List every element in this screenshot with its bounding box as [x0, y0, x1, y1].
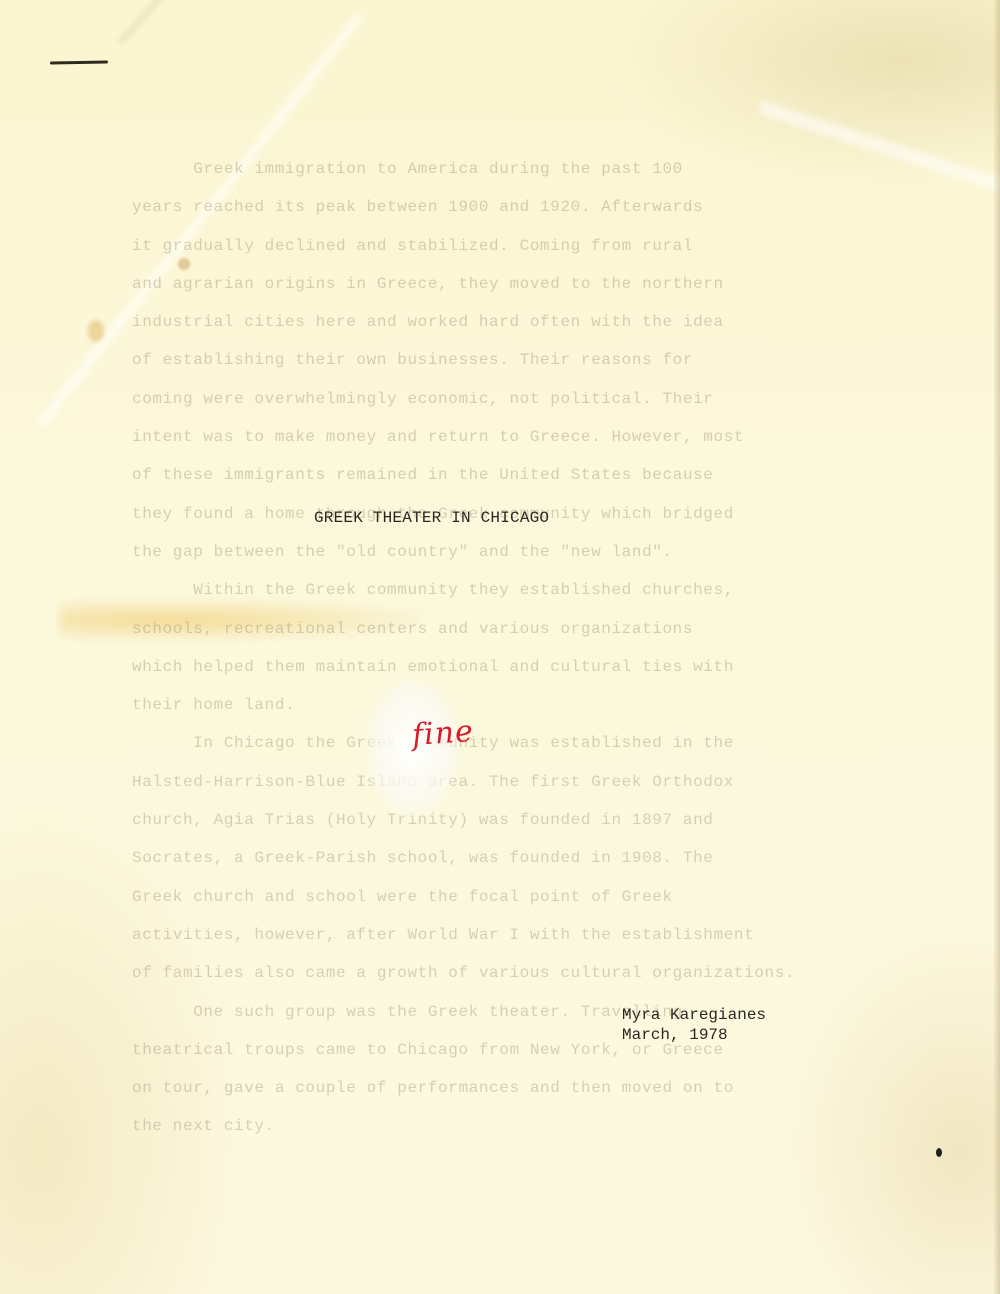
- paper-page: Greek immigration to America during the …: [0, 0, 1000, 1294]
- author-name: Myra Karegianes: [622, 1005, 766, 1025]
- bleed-through-line: Within the Greek community they establis…: [132, 571, 892, 609]
- author-block: Myra Karegianes March, 1978: [622, 1005, 766, 1045]
- document-title: GREEK THEATER IN CHICAGO: [314, 509, 549, 527]
- bleed-through-line: Socrates, a Greek-Parish school, was fou…: [132, 839, 892, 877]
- bleed-through-line: of these immigrants remained in the Unit…: [132, 456, 892, 494]
- bleed-through-text: Greek immigration to America during the …: [132, 150, 892, 1146]
- bleed-through-line: intent was to make money and return to G…: [132, 418, 892, 456]
- bleed-through-line: Greek immigration to America during the …: [132, 150, 892, 188]
- bleed-through-line: of families also came a growth of variou…: [132, 954, 892, 992]
- bleed-through-line: coming were overwhelmingly economic, not…: [132, 380, 892, 418]
- bleed-through-line: of establishing their own businesses. Th…: [132, 341, 892, 379]
- handwritten-annotation: fine: [411, 714, 475, 753]
- bleed-through-line: which helped them maintain emotional and…: [132, 648, 892, 686]
- bleed-through-line: it gradually declined and stabilized. Co…: [132, 227, 892, 265]
- ink-dot-icon: [936, 1148, 942, 1157]
- paper-edge: [994, 0, 1000, 1294]
- bleed-through-line: church, Agia Trias (Holy Trinity) was fo…: [132, 801, 892, 839]
- bleed-through-line: on tour, gave a couple of performances a…: [132, 1069, 892, 1107]
- pin-mark-icon: [50, 60, 108, 64]
- document-date: March, 1978: [622, 1025, 766, 1045]
- stain-spot: [88, 320, 104, 342]
- bleed-through-line: One such group was the Greek theater. Tr…: [132, 993, 892, 1031]
- bleed-through-line: the gap between the "old country" and th…: [132, 533, 892, 571]
- bleed-through-line: In Chicago the Greek community was estab…: [132, 724, 892, 762]
- bleed-through-line: theatrical troups came to Chicago from N…: [132, 1031, 892, 1069]
- bleed-through-line: Greek church and school were the focal p…: [132, 878, 892, 916]
- bleed-through-line: Halsted-Harrison-Blue Island area. The f…: [132, 763, 892, 801]
- bleed-through-line: and agrarian origins in Greece, they mov…: [132, 265, 892, 303]
- bleed-through-line: their home land.: [132, 686, 892, 724]
- paper-crease: [118, 0, 229, 44]
- bleed-through-line: the next city.: [132, 1107, 892, 1145]
- bleed-through-line: schools, recreational centers and variou…: [132, 610, 892, 648]
- bleed-through-line: industrial cities here and worked hard o…: [132, 303, 892, 341]
- bleed-through-line: activities, however, after World War I w…: [132, 916, 892, 954]
- bleed-through-line: years reached its peak between 1900 and …: [132, 188, 892, 226]
